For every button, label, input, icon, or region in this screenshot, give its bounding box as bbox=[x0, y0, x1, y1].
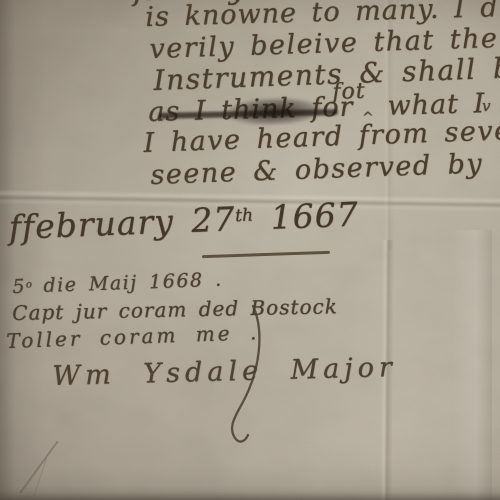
date-ordinal-superscript: th bbox=[235, 205, 254, 226]
right-edge-tone-band bbox=[452, 230, 492, 500]
annotation-date-rest: die Maij 1668 . bbox=[32, 269, 223, 298]
date-prefix: ffebruary 27 bbox=[8, 199, 236, 247]
date-underline-stroke bbox=[202, 251, 330, 258]
annotation-coram-line: Toller coram me . bbox=[6, 320, 260, 353]
bottom-paper-edge-shadow bbox=[0, 491, 500, 500]
interlinear-insertion: fot bbox=[332, 79, 366, 105]
manuscript-photo: fi y G G is knowne to many. I did d veri… bbox=[0, 0, 500, 500]
marginal-check-mark: v bbox=[482, 97, 490, 115]
date-heading: ffebruary 27th 1667 bbox=[8, 195, 359, 247]
scratch-mark bbox=[19, 441, 58, 494]
annotation-day-number: 5 bbox=[12, 276, 26, 298]
annotation-ordinal-superscript: o bbox=[26, 279, 32, 290]
scratch-mark bbox=[34, 458, 47, 496]
date-year: 1667 bbox=[252, 195, 359, 238]
signature: Wm Ysdale Major bbox=[52, 352, 397, 392]
annotation-capt-line: Capt jur coram ded Bostock bbox=[12, 294, 338, 325]
annotation-date-latin: 5o die Maij 1668 . bbox=[12, 269, 223, 298]
